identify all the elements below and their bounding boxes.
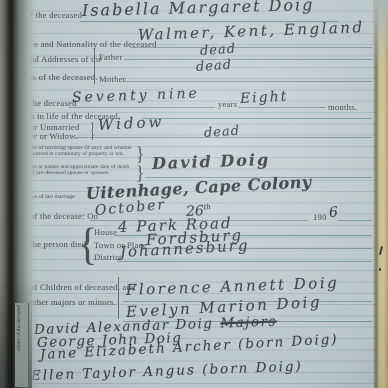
person-died-label: the person died xyxy=(30,239,86,249)
nationality-underline xyxy=(130,47,372,48)
surviving-spouse-label: me of surviving spouse (if any), and whe… xyxy=(30,145,136,158)
register-page-photo: f the deceased Isabella Margaret Doig ce… xyxy=(0,0,388,388)
district-underline xyxy=(117,261,372,262)
marital-label-line2: er or Widow. xyxy=(30,131,78,141)
mother-underline xyxy=(124,81,372,82)
last-marriage-label: ace of last marriage xyxy=(30,194,75,200)
months-label: months. xyxy=(328,102,357,112)
age-years-value: Seventy nine xyxy=(72,86,200,106)
father-underline xyxy=(124,59,372,60)
parents-divider xyxy=(94,48,95,84)
marital-value: Widow xyxy=(98,113,165,134)
father-value: dead xyxy=(199,42,236,59)
vertical-margin-label: sisters of the deceased xyxy=(14,303,29,387)
predeceased-spouse-label-line2: of pre-deceased spouse or spouses. xyxy=(30,170,136,176)
years-label: years xyxy=(218,99,237,109)
name-value: Isabella Margaret Doig xyxy=(82,0,315,20)
decease-day-suffix: th xyxy=(203,203,211,211)
predeceased-spouse-value: David Doig xyxy=(152,150,271,173)
predeceased-spouse-label: me or names and approximate date of deat… xyxy=(30,164,136,177)
children-label-line1: of Children of deceased, and xyxy=(30,282,136,292)
mother-value: dead xyxy=(195,58,232,75)
surviving-spouse-value: dead xyxy=(203,124,240,141)
children-label-line2: ether majors or minors. xyxy=(30,297,116,307)
age-underline-1 xyxy=(68,107,215,108)
occupation-underline xyxy=(142,118,372,119)
decease-date-underline-2 xyxy=(338,220,372,221)
sibling-entry-4: Ellen Taylor Angus (born Doig) xyxy=(31,359,303,384)
house-label: House xyxy=(94,227,117,237)
vertical-margin-label-text: sisters of the deceased xyxy=(15,303,23,353)
children-divider xyxy=(118,277,119,319)
parents-label-line2: ts of the deceased. xyxy=(30,72,98,82)
parents-label-line1: nd Addresses of the xyxy=(30,54,102,64)
decease-year-value: 6 xyxy=(328,204,338,221)
mother-label: Mother xyxy=(99,74,126,84)
death-notice-form: f the deceased Isabella Margaret Doig ce… xyxy=(0,0,388,388)
father-label: Father xyxy=(99,52,122,62)
decease-year-printed: 190 xyxy=(313,212,327,222)
marital-brace-2: } xyxy=(90,130,95,141)
age-months-value: Eight xyxy=(240,88,289,107)
age-underline-2 xyxy=(238,107,325,108)
name-label: f the deceased xyxy=(30,10,82,20)
sibling-entry-4-text: Ellen Taylor Angus (born Doig) xyxy=(31,359,303,384)
sibling-entry-1-struck: Majors xyxy=(220,314,277,332)
surviving-spouse-label-line2: married in community of property or not, xyxy=(30,151,136,157)
